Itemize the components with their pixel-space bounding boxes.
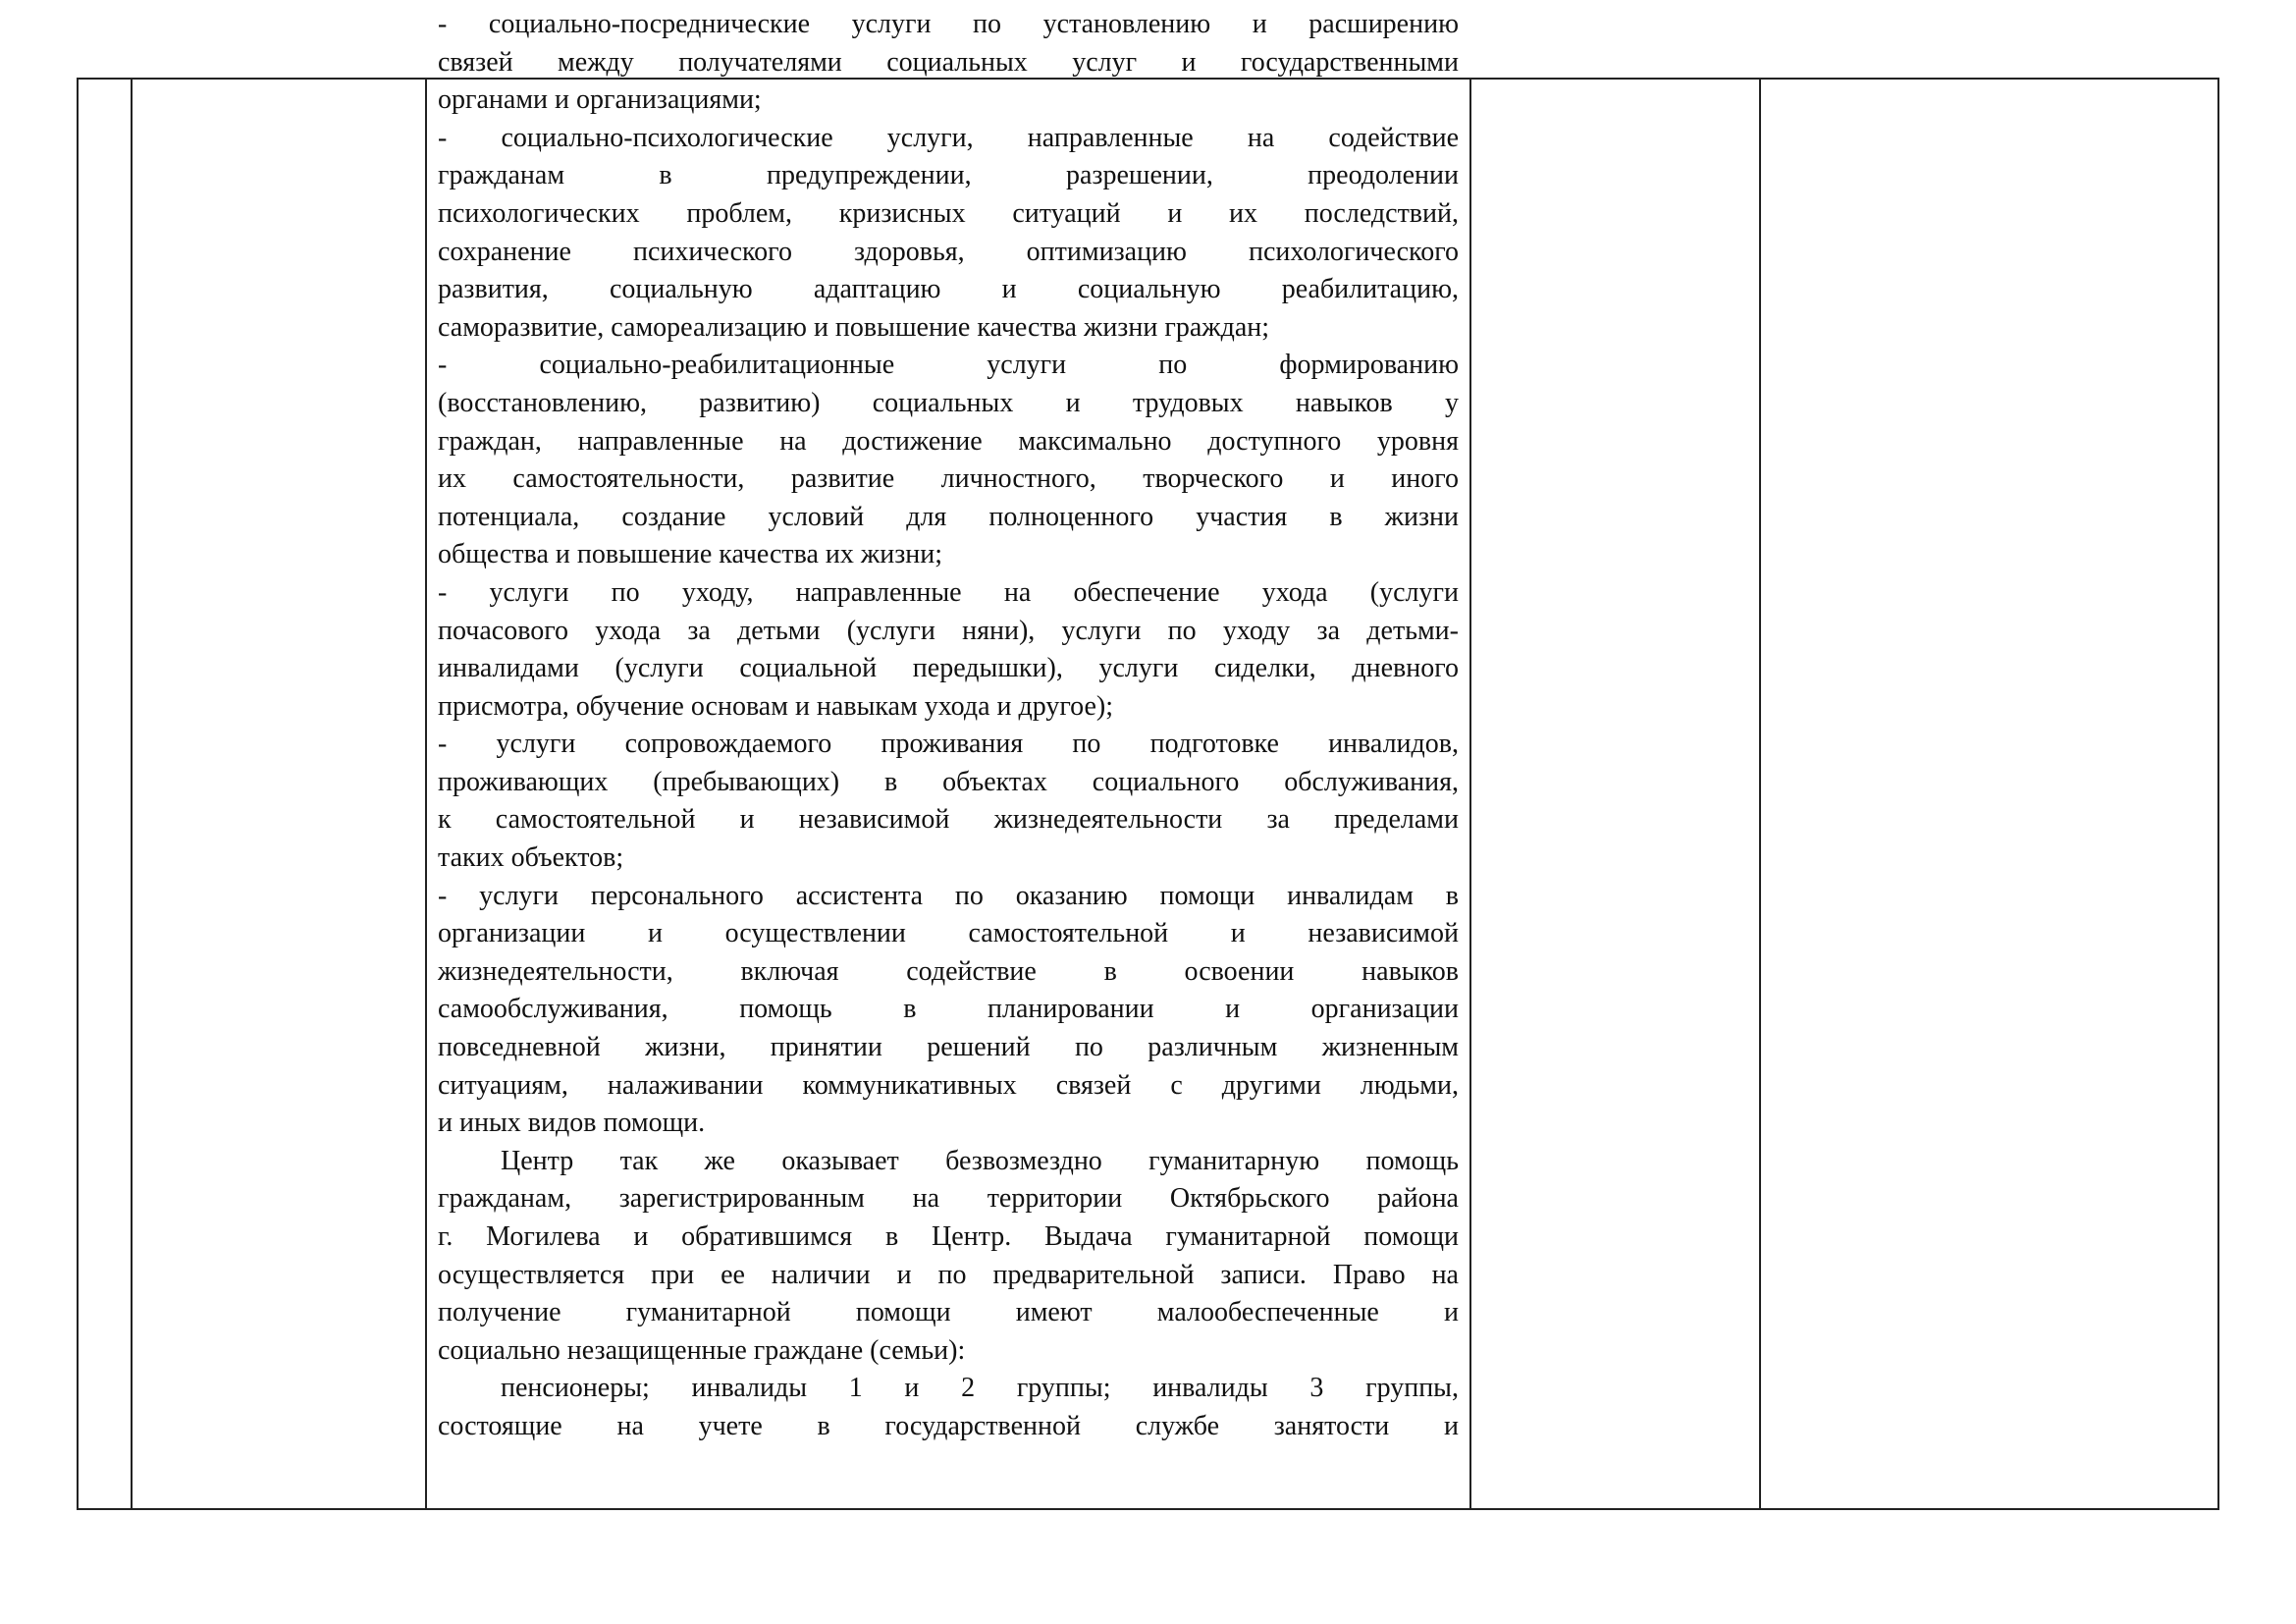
- text-line: сохранение психического здоровья, оптими…: [438, 234, 1459, 272]
- text-line: ситуациям, налаживании коммуникативных с…: [438, 1067, 1459, 1106]
- table-cell-name: [133, 80, 425, 1508]
- text-line: инвалидами (услуги социальной передышки)…: [438, 650, 1459, 688]
- text-line: органами и организациями;: [438, 81, 1459, 120]
- table-cell-col4: [1471, 80, 1759, 1508]
- text-line: психологических проблем, кризисных ситуа…: [438, 195, 1459, 234]
- text-line: и иных видов помощи.: [438, 1105, 1459, 1143]
- text-line: г. Могилева и обратившимся в Центр. Выда…: [438, 1218, 1459, 1257]
- text-line: - услуги персонального ассистента по ока…: [438, 878, 1459, 916]
- text-line: - услуги сопровождаемого проживания по п…: [438, 726, 1459, 764]
- text-line: общества и повышение качества их жизни;: [438, 536, 1459, 574]
- text-line: гражданам, зарегистрированным на террито…: [438, 1180, 1459, 1218]
- table-cell-services-text: - социально-посреднические услуги по уст…: [438, 6, 1459, 1446]
- column-divider: [425, 80, 427, 1508]
- table-cell-number: [79, 80, 131, 1508]
- text-line: развития, социальную адаптацию и социаль…: [438, 271, 1459, 309]
- text-line: - услуги по уходу, направленные на обесп…: [438, 574, 1459, 613]
- text-line: жизнедеятельности, включая содействие в …: [438, 953, 1459, 992]
- text-line: проживающих (пребывающих) в объектах соц…: [438, 764, 1459, 802]
- text-line: состоящие на учете в государственной слу…: [438, 1408, 1459, 1446]
- text-line: - социально-посреднические услуги по уст…: [438, 6, 1459, 44]
- text-line: их самостоятельности, развитие личностно…: [438, 460, 1459, 499]
- text-line: осуществляется при ее наличии и по предв…: [438, 1257, 1459, 1295]
- text-line: почасового ухода за детьми (услуги няни)…: [438, 613, 1459, 651]
- text-line: к самостоятельной и независимой жизнедея…: [438, 801, 1459, 839]
- text-line: таких объектов;: [438, 839, 1459, 878]
- text-line: самообслуживания, помощь в планировании …: [438, 991, 1459, 1029]
- text-line: - социально-реабилитационные услуги по ф…: [438, 347, 1459, 385]
- text-line: связей между получателями социальных усл…: [438, 44, 1459, 82]
- text-line: присмотра, обучение основам и навыкам ух…: [438, 688, 1459, 727]
- text-line: саморазвитие, самореализацию и повышение…: [438, 309, 1459, 348]
- text-line: пенсионеры; инвалиды 1 и 2 группы; инвал…: [438, 1370, 1459, 1408]
- text-line: потенциала, создание условий для полноце…: [438, 499, 1459, 537]
- text-line: получение гуманитарной помощи имеют мало…: [438, 1294, 1459, 1332]
- text-line: гражданам в предупреждении, разрешении, …: [438, 157, 1459, 195]
- text-line: - социально-психологические услуги, напр…: [438, 120, 1459, 158]
- document-page: - социально-посреднические услуги по уст…: [0, 0, 2296, 1624]
- text-line: (восстановлению, развитию) социальных и …: [438, 385, 1459, 423]
- text-line: Центр так же оказывает безвозмездно гума…: [438, 1143, 1459, 1181]
- table-cell-col5: [1761, 80, 2217, 1508]
- text-line: повседневной жизни, принятии решений по …: [438, 1029, 1459, 1067]
- text-line: граждан, направленные на достижение макс…: [438, 423, 1459, 461]
- text-line: организации и осуществлении самостоятель…: [438, 915, 1459, 953]
- text-line: социально незащищенные граждане (семьи):: [438, 1332, 1459, 1371]
